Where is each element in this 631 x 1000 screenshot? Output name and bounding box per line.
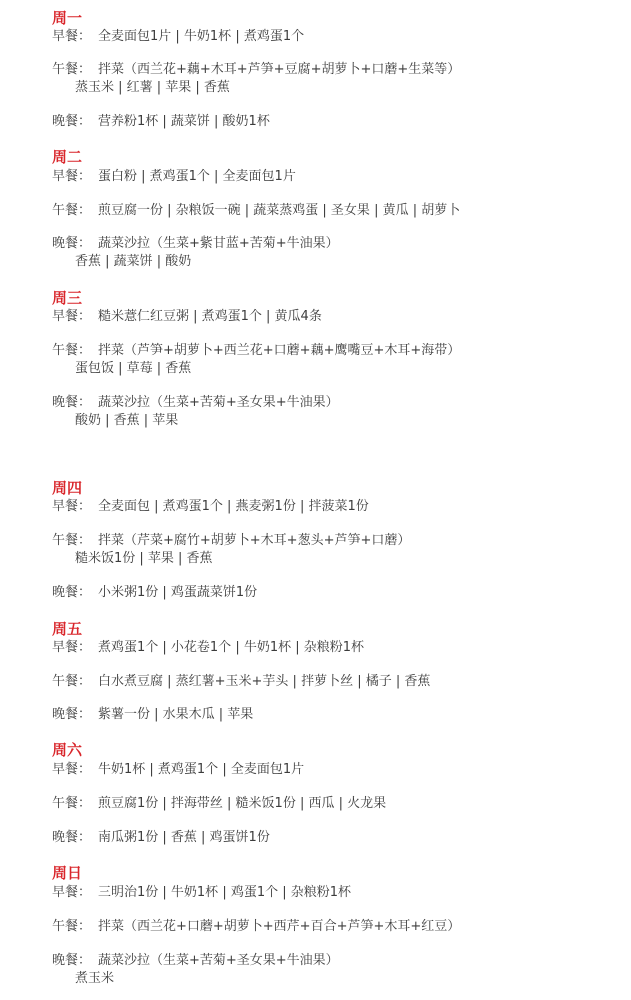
lunch-line: 午餐：煎豆腐一份 | 杂粮饭一碗 | 蔬菜蒸鸡蛋 | 圣女果 | 黄瓜 | 胡萝… xyxy=(52,203,460,219)
lunch-line: 午餐：煎豆腐1份 | 拌海带丝 | 糙米饭1份 | 西瓜 | 火龙果 xyxy=(52,796,386,812)
weekly-meal-plan: 周一 早餐：全麦面包1片 | 牛奶1杯 | 煮鸡蛋1个 午餐：拌菜（西兰花+藕+… xyxy=(0,0,631,1000)
meal-label: 早餐： xyxy=(52,885,98,901)
dinner-continuation: 香蕉 | 蔬菜饼 | 酸奶 xyxy=(75,254,191,270)
meal-text: 全麦面包 | 煮鸡蛋1个 | 燕麦粥1份 | 拌菠菜1份 xyxy=(98,499,369,514)
breakfast-line: 早餐：糙米薏仁红豆粥 | 煮鸡蛋1个 | 黄瓜4条 xyxy=(52,309,322,325)
meal-label: 早餐： xyxy=(52,309,98,325)
meal-label: 晚餐： xyxy=(52,585,98,601)
lunch-line: 午餐：拌菜（芹菜+腐竹+胡萝卜+木耳+葱头+芦笋+口蘑） xyxy=(52,533,410,549)
meal-text: 煎豆腐1份 | 拌海带丝 | 糙米饭1份 | 西瓜 | 火龙果 xyxy=(98,796,386,811)
meal-label: 晚餐： xyxy=(52,830,98,846)
meal-text: 蔬菜沙拉（生菜+苦菊+圣女果+牛油果） xyxy=(98,953,339,968)
lunch-line: 午餐：拌菜（西兰花+藕+木耳+芦笋+豆腐+胡萝卜+口蘑+生菜等） xyxy=(52,62,460,78)
breakfast-line: 早餐：全麦面包1片 | 牛奶1杯 | 煮鸡蛋1个 xyxy=(52,29,304,45)
lunch-line: 午餐：拌菜（西兰花+口蘑+胡萝卜+西芹+百合+芦笋+木耳+红豆） xyxy=(52,919,460,935)
day-title-saturday: 周六 xyxy=(52,741,82,759)
lunch-continuation: 糙米饭1份 | 苹果 | 香蕉 xyxy=(75,551,213,567)
dinner-continuation: 煮玉米 xyxy=(75,971,114,987)
dinner-line: 晚餐：蔬菜沙拉（生菜+苦菊+圣女果+牛油果） xyxy=(52,395,339,411)
breakfast-line: 早餐：牛奶1杯 | 煮鸡蛋1个 | 全麦面包1片 xyxy=(52,762,304,778)
meal-text: 牛奶1杯 | 煮鸡蛋1个 | 全麦面包1片 xyxy=(98,762,304,777)
meal-text: 小米粥1份 | 鸡蛋蔬菜饼1份 xyxy=(98,585,257,600)
meal-label: 早餐： xyxy=(52,29,98,45)
meal-text: 拌菜（芹菜+腐竹+胡萝卜+木耳+葱头+芦笋+口蘑） xyxy=(98,533,410,548)
meal-label: 晚餐： xyxy=(52,395,98,411)
meal-label: 午餐： xyxy=(52,919,98,935)
dinner-line: 晚餐：蔬菜沙拉（生菜+苦菊+圣女果+牛油果） xyxy=(52,953,339,969)
meal-text: 蔬菜沙拉（生菜+紫甘蓝+苦菊+牛油果） xyxy=(98,236,339,251)
meal-label: 午餐： xyxy=(52,343,98,359)
meal-text: 南瓜粥1份 | 香蕉 | 鸡蛋饼1份 xyxy=(98,830,270,845)
breakfast-line: 早餐：三明治1份 | 牛奶1杯 | 鸡蛋1个 | 杂粮粉1杯 xyxy=(52,885,351,901)
day-title-friday: 周五 xyxy=(52,620,82,638)
meal-label: 午餐： xyxy=(52,674,98,690)
day-title-sunday: 周日 xyxy=(52,864,82,882)
meal-label: 午餐： xyxy=(52,62,98,78)
dinner-continuation: 酸奶 | 香蕉 | 苹果 xyxy=(75,413,178,429)
lunch-continuation: 蛋包饭 | 草莓 | 香蕉 xyxy=(75,361,191,377)
breakfast-line: 早餐：全麦面包 | 煮鸡蛋1个 | 燕麦粥1份 | 拌菠菜1份 xyxy=(52,499,369,515)
meal-label: 晚餐： xyxy=(52,114,98,130)
dinner-line: 晚餐：南瓜粥1份 | 香蕉 | 鸡蛋饼1份 xyxy=(52,830,270,846)
meal-text: 营养粉1杯 | 蔬菜饼 | 酸奶1杯 xyxy=(98,114,270,129)
meal-label: 午餐： xyxy=(52,533,98,549)
meal-text: 蛋白粉 | 煮鸡蛋1个 | 全麦面包1片 xyxy=(98,169,296,184)
day-title-thursday: 周四 xyxy=(52,479,82,497)
day-title-monday: 周一 xyxy=(52,9,82,27)
meal-text: 拌菜（芦笋+胡萝卜+西兰花+口蘑+藕+鹰嘴豆+木耳+海带） xyxy=(98,343,460,358)
meal-label: 晚餐： xyxy=(52,953,98,969)
meal-text: 煎豆腐一份 | 杂粮饭一碗 | 蔬菜蒸鸡蛋 | 圣女果 | 黄瓜 | 胡萝卜 xyxy=(98,203,460,218)
meal-text: 糙米薏仁红豆粥 | 煮鸡蛋1个 | 黄瓜4条 xyxy=(98,309,322,324)
meal-text: 蔬菜沙拉（生菜+苦菊+圣女果+牛油果） xyxy=(98,395,339,410)
meal-text: 三明治1份 | 牛奶1杯 | 鸡蛋1个 | 杂粮粉1杯 xyxy=(98,885,351,900)
dinner-line: 晚餐：紫薯一份 | 水果木瓜 | 苹果 xyxy=(52,707,253,723)
meal-label: 午餐： xyxy=(52,796,98,812)
meal-label: 早餐： xyxy=(52,499,98,515)
day-title-tuesday: 周二 xyxy=(52,148,82,166)
meal-label: 晚餐： xyxy=(52,707,98,723)
breakfast-line: 早餐：蛋白粉 | 煮鸡蛋1个 | 全麦面包1片 xyxy=(52,169,296,185)
dinner-line: 晚餐：蔬菜沙拉（生菜+紫甘蓝+苦菊+牛油果） xyxy=(52,236,339,252)
meal-text: 拌菜（西兰花+藕+木耳+芦笋+豆腐+胡萝卜+口蘑+生菜等） xyxy=(98,62,460,77)
meal-text: 拌菜（西兰花+口蘑+胡萝卜+西芹+百合+芦笋+木耳+红豆） xyxy=(98,919,460,934)
meal-label: 午餐： xyxy=(52,203,98,219)
lunch-line: 午餐：白水煮豆腐 | 蒸红薯+玉米+芋头 | 拌萝卜丝 | 橘子 | 香蕉 xyxy=(52,674,430,690)
meal-text: 煮鸡蛋1个 | 小花卷1个 | 牛奶1杯 | 杂粮粉1杯 xyxy=(98,640,364,655)
lunch-line: 午餐：拌菜（芦笋+胡萝卜+西兰花+口蘑+藕+鹰嘴豆+木耳+海带） xyxy=(52,343,460,359)
dinner-line: 晚餐：营养粉1杯 | 蔬菜饼 | 酸奶1杯 xyxy=(52,114,270,130)
meal-text: 全麦面包1片 | 牛奶1杯 | 煮鸡蛋1个 xyxy=(98,29,304,44)
lunch-continuation: 蒸玉米 | 红薯 | 苹果 | 香蕉 xyxy=(75,80,230,96)
day-title-wednesday: 周三 xyxy=(52,289,82,307)
meal-label: 晚餐： xyxy=(52,236,98,252)
meal-label: 早餐： xyxy=(52,169,98,185)
dinner-line: 晚餐：小米粥1份 | 鸡蛋蔬菜饼1份 xyxy=(52,585,257,601)
meal-label: 早餐： xyxy=(52,640,98,656)
meal-text: 白水煮豆腐 | 蒸红薯+玉米+芋头 | 拌萝卜丝 | 橘子 | 香蕉 xyxy=(98,674,430,689)
meal-label: 早餐： xyxy=(52,762,98,778)
meal-text: 紫薯一份 | 水果木瓜 | 苹果 xyxy=(98,707,253,722)
breakfast-line: 早餐：煮鸡蛋1个 | 小花卷1个 | 牛奶1杯 | 杂粮粉1杯 xyxy=(52,640,364,656)
